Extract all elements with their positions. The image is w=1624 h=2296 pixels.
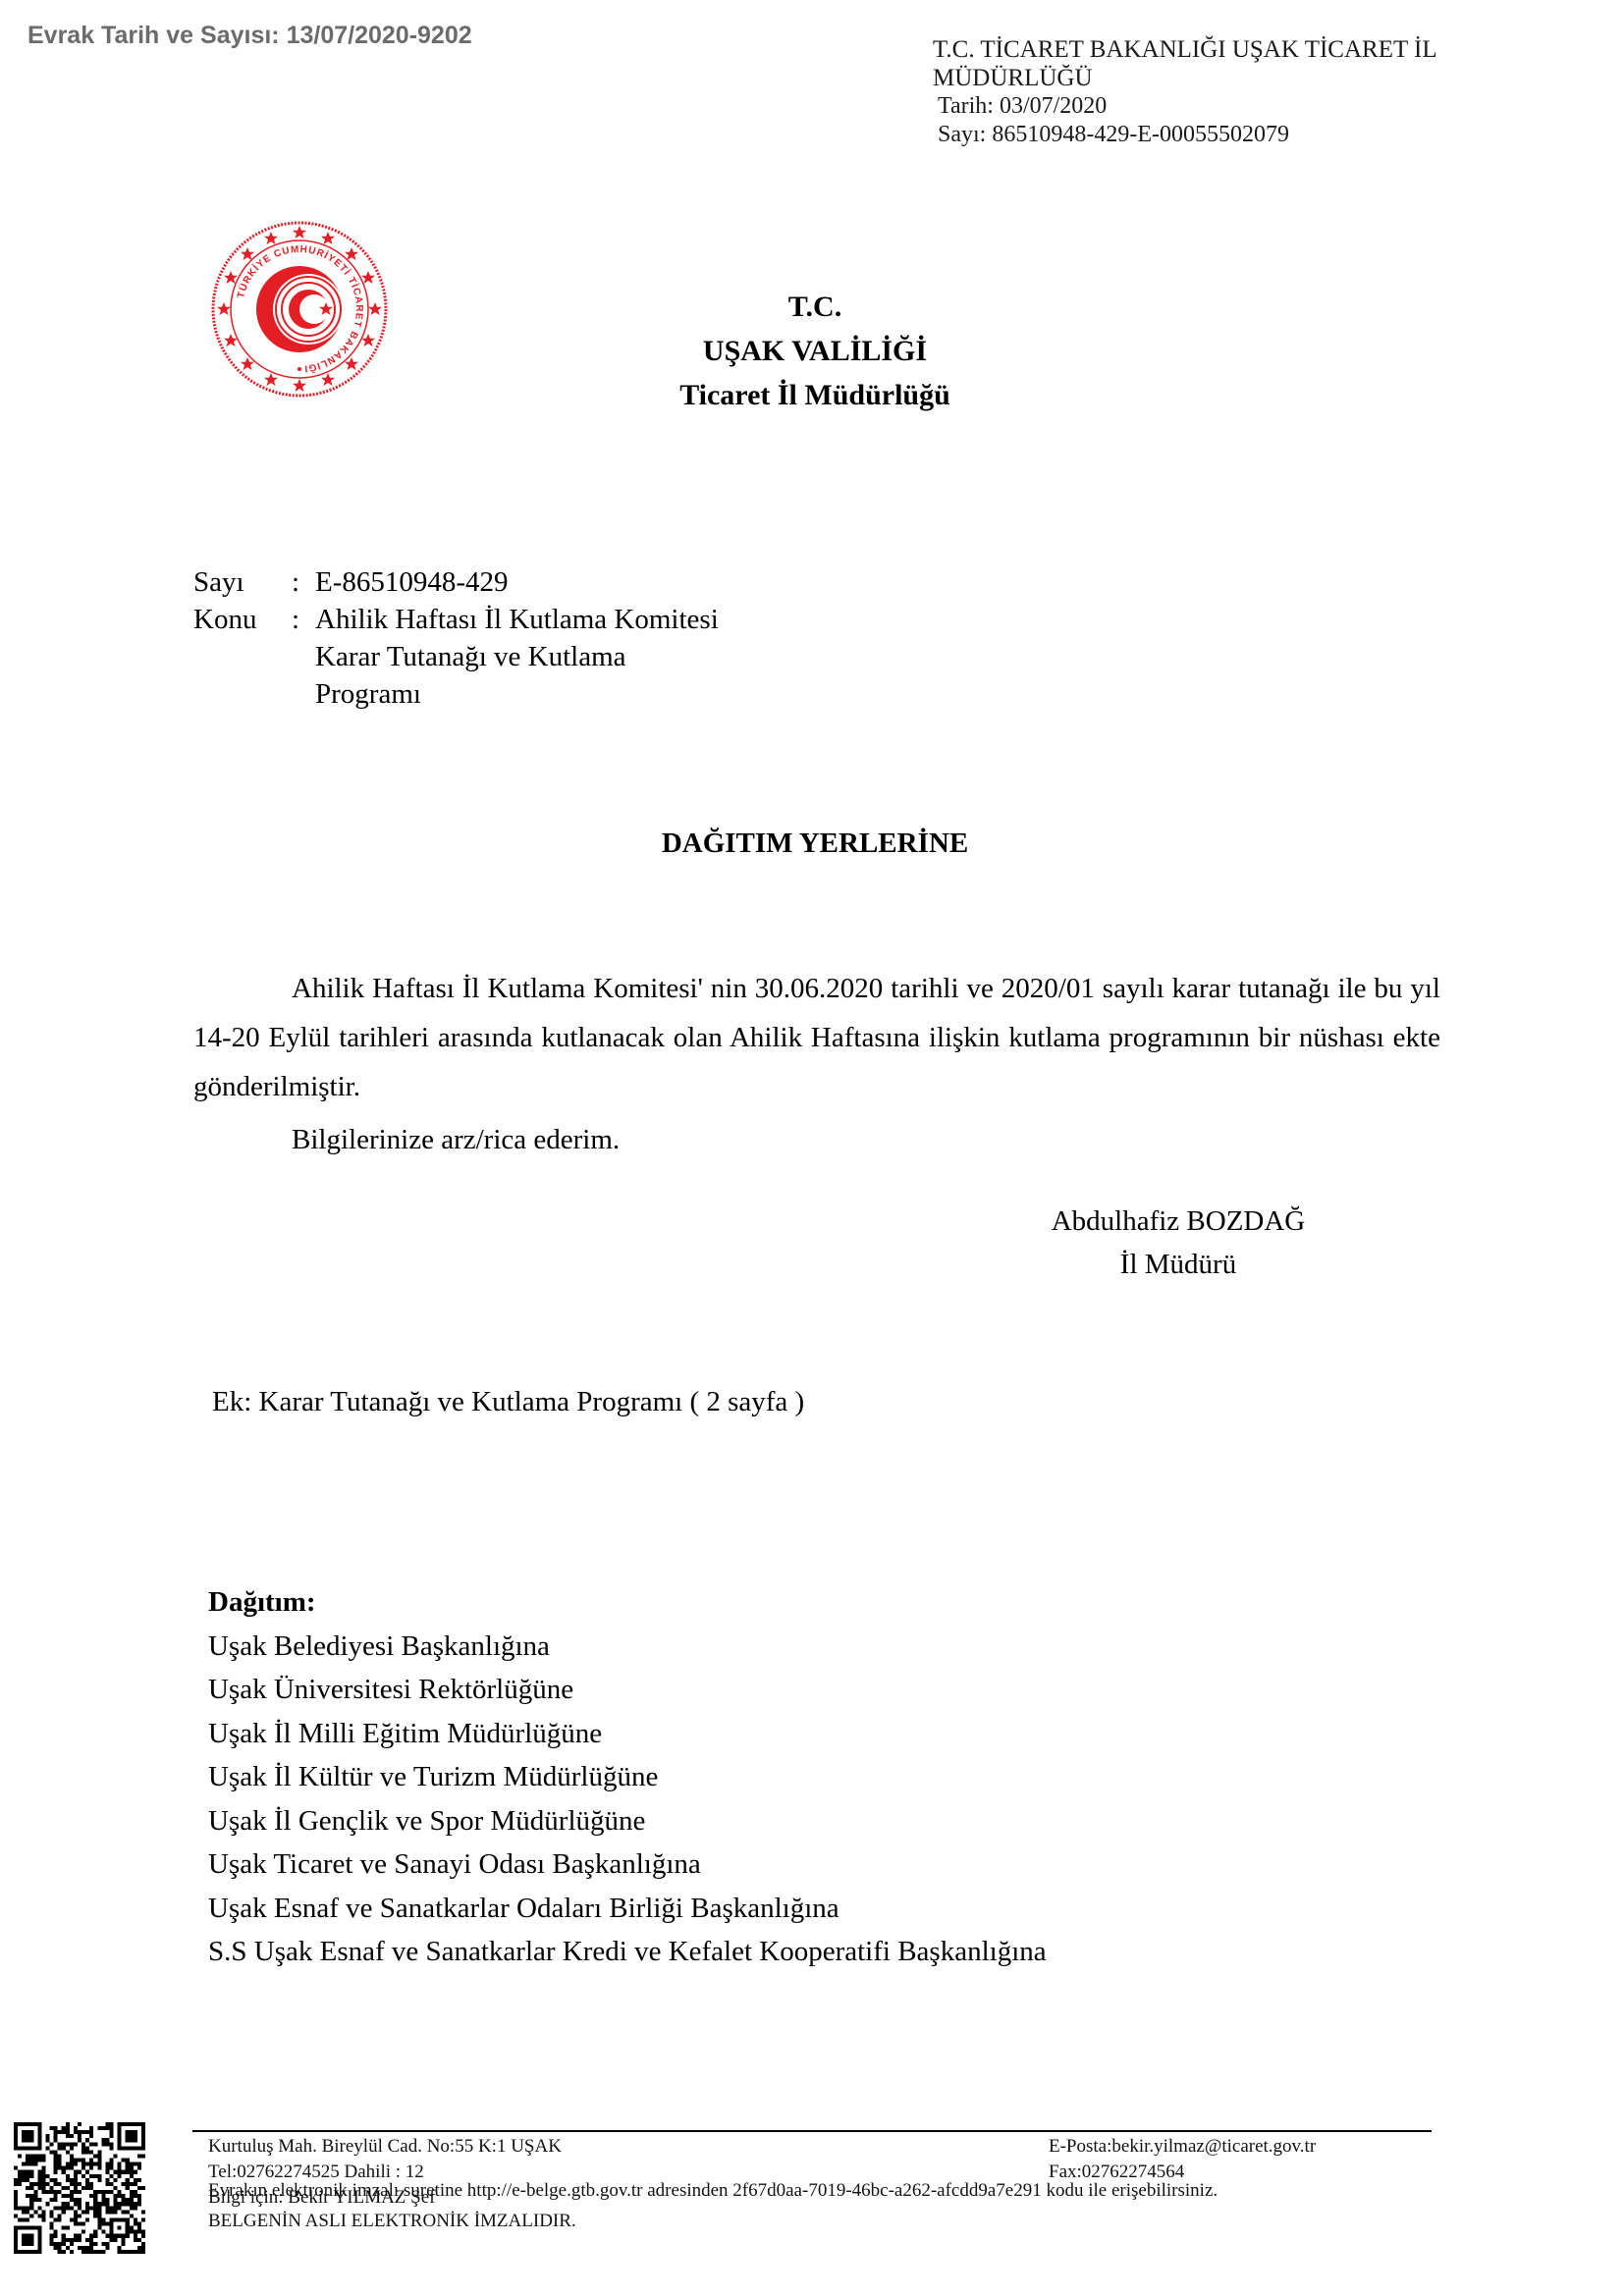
number-value: E-86510948-429 [315, 563, 786, 601]
body-closing: Bilgilerinize arz/rica ederim. [193, 1115, 1440, 1164]
distribution-item: Uşak İl Milli Eğitim Müdürlüğüne [208, 1712, 1047, 1756]
subject-line: Ahilik Haftası İl Kutlama Komitesi [315, 601, 786, 638]
document-date-number-stamp: Evrak Tarih ve Sayısı: 13/07/2020-9202 [27, 22, 472, 50]
e-signature-block: T.C. TİCARET BAKANLIĞI UŞAK TİCARET İL M… [933, 35, 1437, 149]
distribution-item: Uşak Esnaf ve Sanatkarlar Odaları Birliğ… [208, 1887, 1047, 1931]
subject-line: Programı [315, 675, 786, 713]
subject-separator: : [292, 601, 315, 713]
distribution-item: Uşak Üniversitesi Rektörlüğüne [208, 1668, 1047, 1712]
footer-original-notice: BELGENİN ASLI ELEKTRONİK İMZALIDIR. [208, 2209, 576, 2234]
esig-institution-line1: T.C. TİCARET BAKANLIĞI UŞAK TİCARET İL [933, 35, 1437, 64]
footer-email: E-Posta:bekir.yilmaz@ticaret.gov.tr [1049, 2134, 1316, 2160]
distribution-item: Uşak İl Kültür ve Turizm Müdürlüğüne [208, 1755, 1047, 1799]
number-label: Sayı [193, 563, 292, 601]
distribution-heading: Dağıtım: [208, 1580, 1047, 1625]
distribution-item: Uşak İl Gençlik ve Spor Müdürlüğüne [208, 1799, 1047, 1843]
body-paragraph: Ahilik Haftası İl Kutlama Komitesi' nin … [193, 964, 1440, 1111]
document-meta: Sayı : E-86510948-429 Konu : Ahilik Haft… [193, 563, 786, 713]
attachment-note: Ek: Karar Tutanağı ve Kutlama Programı (… [212, 1386, 804, 1418]
signatory-name: Abdulhafiz BOZDAĞ [982, 1200, 1375, 1243]
number-separator: : [292, 563, 315, 601]
distribution-list: Dağıtım: Uşak Belediyesi Başkanlığına Uş… [208, 1580, 1047, 1974]
letter-body: Ahilik Haftası İl Kutlama Komitesi' nin … [193, 964, 1440, 1164]
esig-number: Sayı: 86510948-429-E-00055502079 [933, 121, 1437, 149]
letterhead-country: T.C. [550, 285, 1080, 329]
distribution-item: Uşak Belediyesi Başkanlığına [208, 1625, 1047, 1669]
letterhead-governorship: UŞAK VALİLİĞİ [550, 329, 1080, 373]
meta-subject-row: Konu : Ahilik Haftası İl Kutlama Komites… [193, 601, 786, 713]
letterhead: T.C. UŞAK VALİLİĞİ Ticaret İl Müdürlüğü [550, 285, 1080, 417]
signatory-title: İl Müdürü [982, 1243, 1375, 1286]
subject-value: Ahilik Haftası İl Kutlama Komitesi Karar… [315, 601, 786, 713]
letterhead-directorate: Ticaret İl Müdürlüğü [550, 373, 1080, 417]
meta-number-row: Sayı : E-86510948-429 [193, 563, 786, 601]
footer-address: Kurtuluş Mah. Bireylül Cad. No:55 K:1 UŞ… [208, 2134, 562, 2160]
esig-date: Tarih: 03/07/2020 [933, 92, 1437, 121]
distribution-item: S.S Uşak Esnaf ve Sanatkarlar Kredi ve K… [208, 1930, 1047, 1974]
recipient-heading: DAĞITIM YERLERİNE [550, 828, 1080, 860]
footer-verification-link[interactable]: Evrakın elektronik imzalı suretine http:… [208, 2178, 1218, 2204]
qr-code-icon [14, 2122, 145, 2254]
distribution-item: Uşak Ticaret ve Sanayi Odası Başkanlığın… [208, 1842, 1047, 1887]
footer-divider [192, 2130, 1432, 2132]
subject-line: Karar Tutanağı ve Kutlama [315, 638, 786, 675]
subject-label: Konu [193, 601, 292, 713]
ministry-of-trade-seal-icon: TÜRKİYE CUMHURİYETİ TİCARET BAKANLIĞI [206, 216, 393, 402]
signature-block: Abdulhafiz BOZDAĞ İl Müdürü [982, 1200, 1375, 1286]
esig-institution-line2: MÜDÜRLÜĞÜ [933, 64, 1437, 92]
